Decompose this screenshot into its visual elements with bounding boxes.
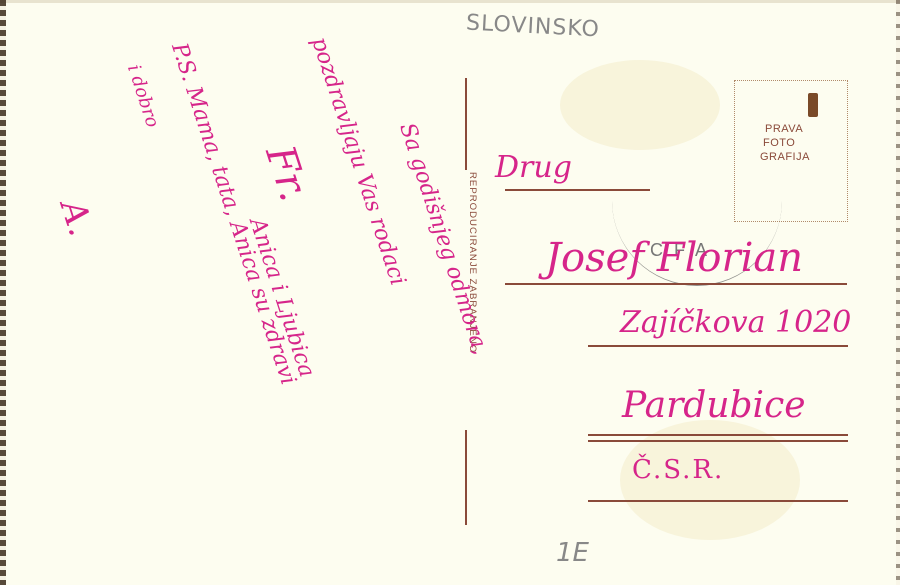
- stamp-label-line-1: PRAVA: [760, 122, 810, 136]
- card-edge-right: [896, 0, 900, 585]
- stamp-label-line-3: GRAFIJA: [760, 150, 810, 164]
- stamp-box-label: PRAVA FOTO GRAFIJA: [760, 122, 810, 164]
- address-line-3: [588, 345, 848, 347]
- message-signature: A.: [52, 195, 101, 241]
- address-line-5: [588, 500, 848, 502]
- address-line-4b: [588, 440, 848, 442]
- card-edge-left: [0, 0, 6, 585]
- message-line-1: Sa godišnjeg odmora,: [394, 120, 493, 358]
- pencil-note-bottom: 1E: [556, 538, 589, 568]
- address-salutation: Drug: [495, 150, 572, 185]
- address-city: Pardubice: [622, 385, 806, 426]
- stamp-label-line-2: FOTO: [760, 136, 810, 150]
- center-divider-top: [465, 78, 467, 170]
- address-country: Č.S.R.: [632, 455, 724, 485]
- address-line-4a: [588, 434, 848, 436]
- stamp-remnant: [808, 93, 818, 117]
- card-edge-top: [0, 0, 900, 3]
- message-line-5: P.S. Mama, tata, Anica su zdravi: [166, 40, 300, 388]
- address-line-2: [505, 283, 847, 285]
- address-street: Zajíčkova 1020: [620, 305, 851, 340]
- address-name: Josef Florian: [545, 235, 803, 281]
- paper-stain: [560, 60, 720, 150]
- message-line-3: Fr.: [256, 140, 317, 207]
- pencil-note-top: SLOVINSKO: [465, 11, 600, 43]
- postcard-back: SLOVINSKO 1E REPRODUCIRANJE ZABRANJENO P…: [0, 0, 900, 585]
- address-line-1: [505, 189, 650, 191]
- center-divider-bottom: [465, 430, 467, 525]
- message-line-2: pozdravljaju Vas rodaci: [306, 34, 410, 289]
- message-line-6: i dobro: [123, 62, 163, 130]
